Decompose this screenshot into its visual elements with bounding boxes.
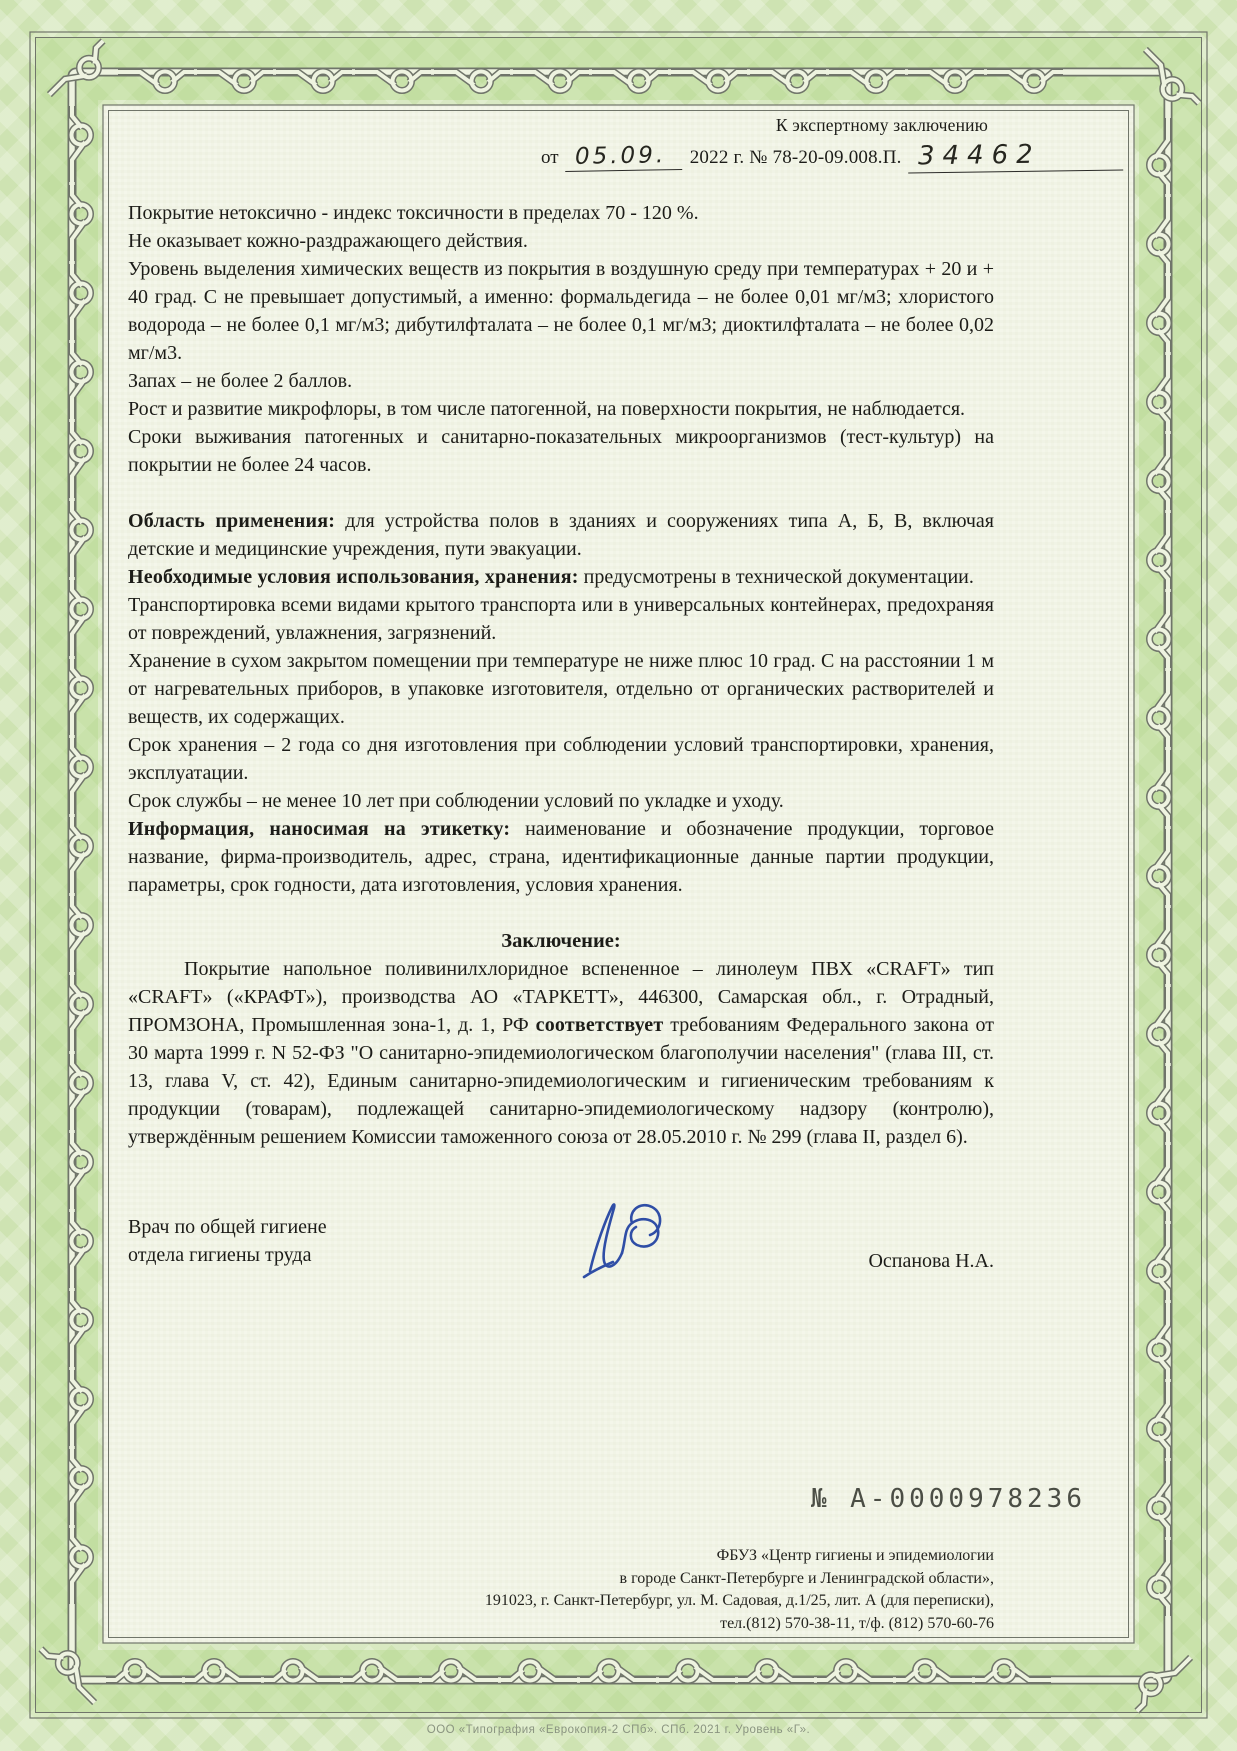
signer-name: Оспанова Н.А. xyxy=(868,1247,994,1275)
conclusion-bold-word: соответствует xyxy=(536,1014,664,1036)
body-paragraph: Область применения: для устройства полов… xyxy=(128,507,994,563)
body-paragraph: Уровень выделения химических веществ из … xyxy=(128,255,994,367)
document-content: К экспертному заключению от 05.09. 2022 … xyxy=(103,105,1134,1643)
signer-role-line1: Врач по общей гигиене xyxy=(128,1213,327,1241)
body-paragraph: Сроки выживания патогенных и санитарно-п… xyxy=(128,423,994,479)
conclusion-paragraph: Покрытие напольное поливинилхлоридное вс… xyxy=(128,955,994,1151)
org-line: 191023, г. Санкт-Петербург, ул. М. Садов… xyxy=(485,1590,994,1613)
printing-house-line: ООО «Типография «Еврокопия-2 СПб». СПб. … xyxy=(0,1724,1237,1736)
org-line: в городе Санкт-Петербурге и Ленинградско… xyxy=(485,1568,994,1591)
paragraph-lead: Необходимые условия использования, хране… xyxy=(128,566,579,588)
handwritten-number: 34462 xyxy=(907,139,1122,174)
signer-role: Врач по общей гигиене отдела гигиены тру… xyxy=(128,1213,327,1269)
body-paragraph: Не оказывает кожно-раздражающего действи… xyxy=(128,227,994,255)
signer-role-line2: отдела гигиены труда xyxy=(128,1241,327,1269)
paragraph-lead: Область применения: xyxy=(128,510,335,532)
body-text: Покрытие нетоксично - индекс токсичности… xyxy=(128,199,994,899)
handwritten-date: 05.09. xyxy=(564,142,682,172)
certificate-page: К экспертному заключению от 05.09. 2022 … xyxy=(0,0,1237,1751)
body-paragraph: Транспортировка всеми видами крытого тра… xyxy=(128,591,994,647)
body-paragraph: Запах – не более 2 баллов. xyxy=(128,367,994,395)
paragraph-lead: Информация, наносимая на этикетку: xyxy=(128,818,510,840)
organization-block: ФБУЗ «Центр гигиены и эпидемиологии в го… xyxy=(485,1545,994,1635)
body-paragraph: Срок службы – не менее 10 лет при соблюд… xyxy=(128,787,994,815)
org-line: тел.(812) 570-38-11, т/ф. (812) 570-60-7… xyxy=(485,1613,994,1636)
body-paragraph: Необходимые условия использования, хране… xyxy=(128,563,994,591)
body-paragraph: Рост и развитие микрофлоры, в том числе … xyxy=(128,395,994,423)
handwritten-signature xyxy=(556,1193,686,1288)
form-serial-number: № А-0000978236 xyxy=(811,1484,1086,1514)
body-paragraph: Хранение в сухом закрытом помещении при … xyxy=(128,647,994,731)
body-paragraph: Информация, наносимая на этикетку: наиме… xyxy=(128,815,994,899)
org-line: ФБУЗ «Центр гигиены и эпидемиологии xyxy=(485,1545,994,1568)
conclusion-title: Заключение: xyxy=(128,927,994,955)
signature-row: Врач по общей гигиене отдела гигиены тру… xyxy=(128,1213,994,1279)
date-prefix: от xyxy=(541,147,559,169)
conclusion-section: Заключение: Покрытие напольное поливинил… xyxy=(128,927,994,1151)
header-reference-label: К экспертному заключению xyxy=(103,105,1134,136)
body-paragraph: Срок хранения – 2 года со дня изготовлен… xyxy=(128,731,994,787)
date-and-number-line: от 05.09. 2022 г. № 78-20-09.008.П. 3446… xyxy=(541,140,1134,172)
printed-document-number: 2022 г. № 78-20-09.008.П. xyxy=(690,147,902,169)
body-paragraph: Покрытие нетоксично - индекс токсичности… xyxy=(128,199,994,227)
